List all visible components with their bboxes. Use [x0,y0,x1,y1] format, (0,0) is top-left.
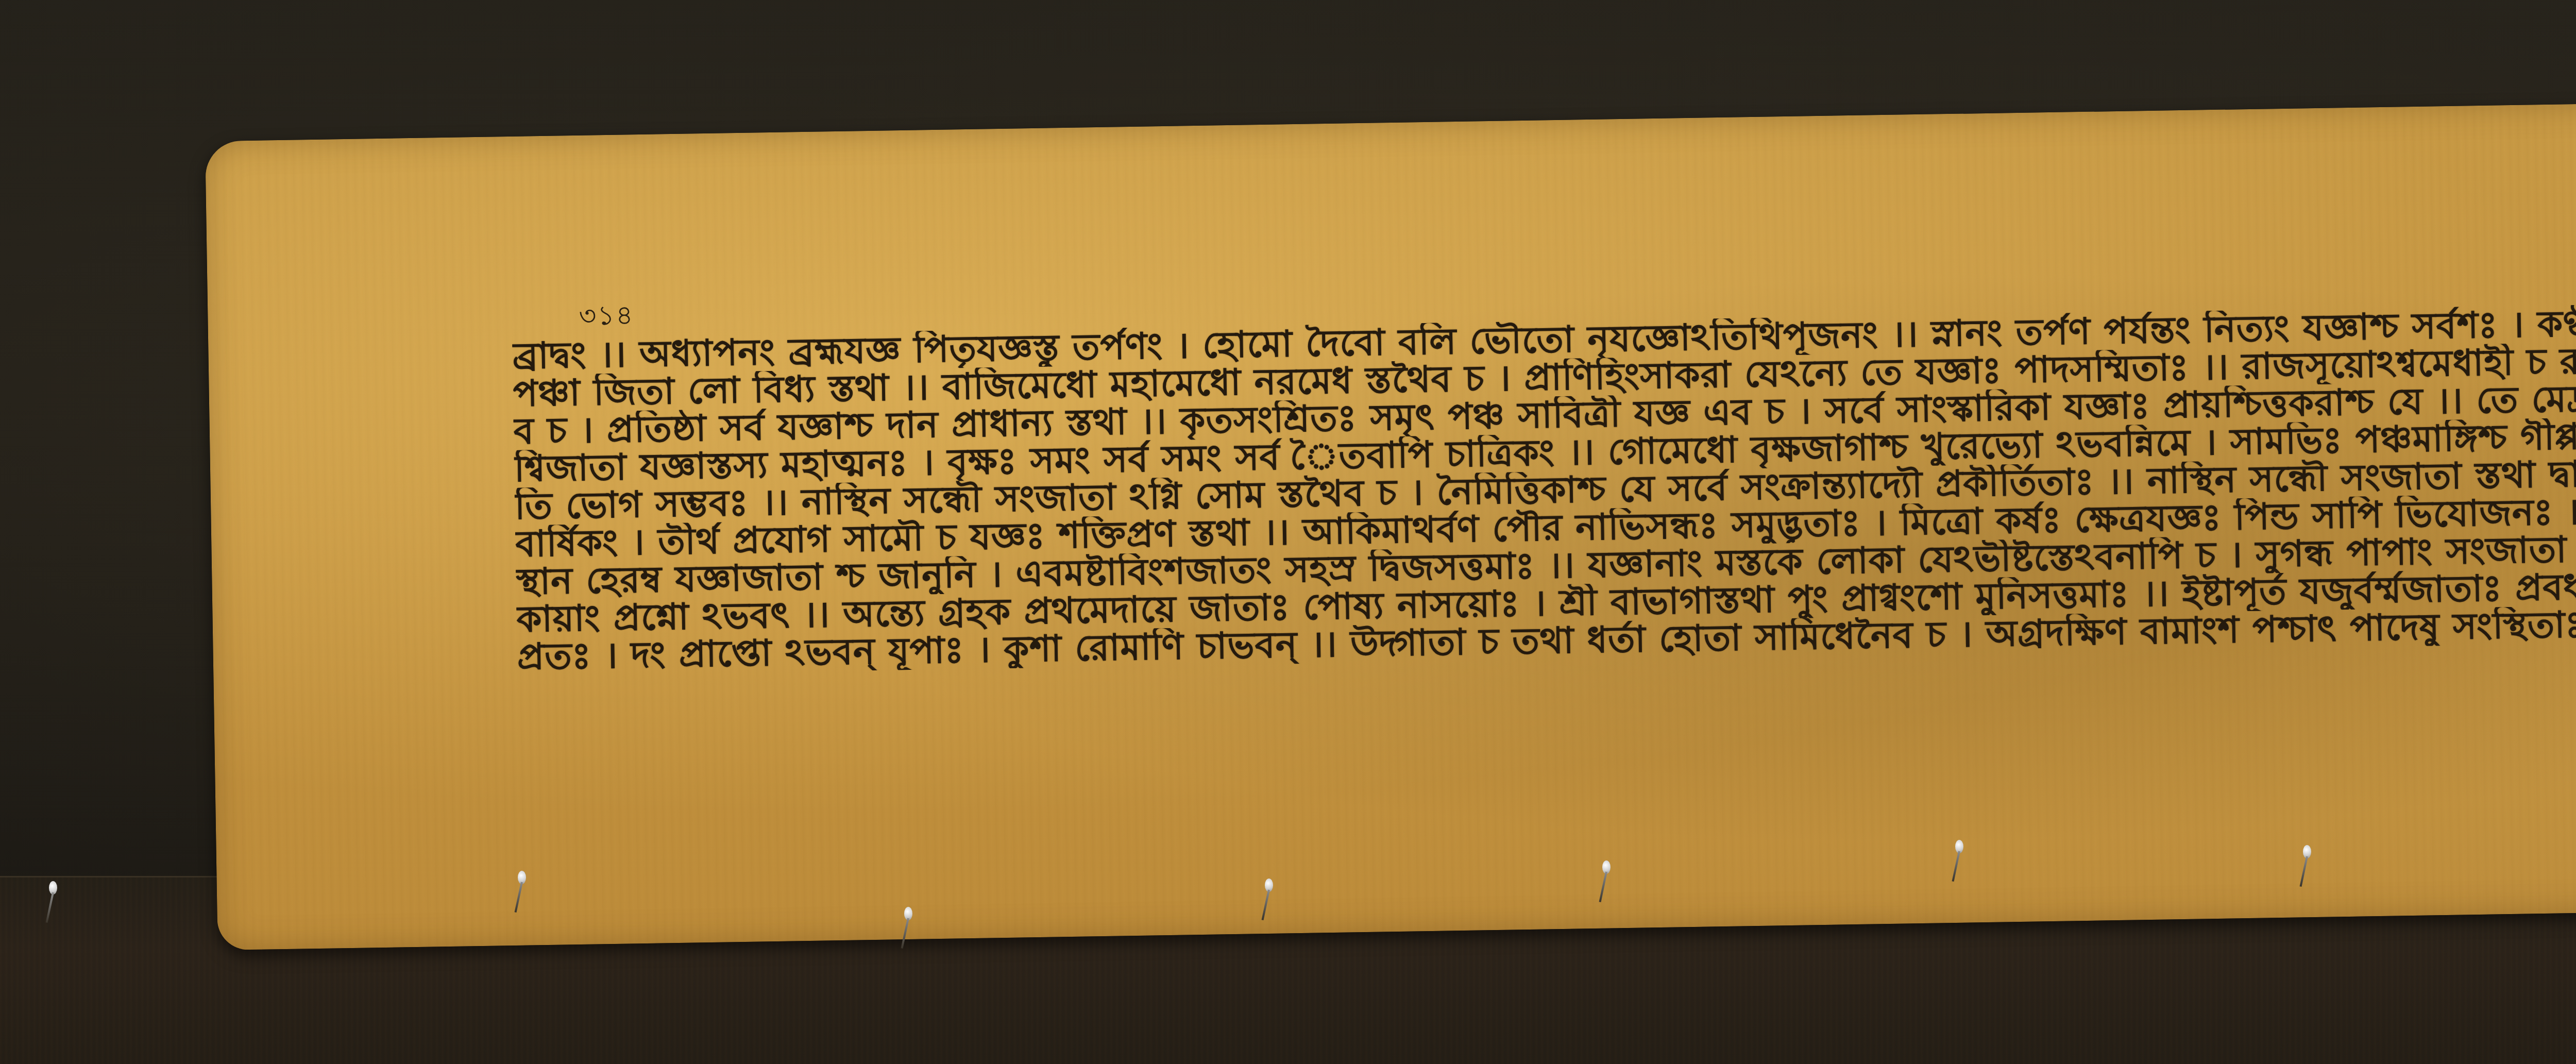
manuscript-text-block: ব্রাদ্বং ।। অধ্যাপনং ব্রহ্মযজ্ঞ পিতৃযজ্ঞ… [512,298,2576,676]
pin-icon [1602,860,1607,907]
photo-scene: ৩১৪ ব্রাদ্বং ।। অধ্যাপনং ব্রহ্মযজ্ঞ পিতৃ… [0,0,2576,1064]
pin-icon [1265,879,1270,925]
folio-number: ৩১৪ [579,294,635,340]
pin-icon [518,871,523,917]
pin-icon [1955,840,1960,886]
pin-icon [904,907,909,953]
pin-icon [2303,845,2308,891]
manuscript-leaf: ৩১৪ ব্রাদ্বং ।। অধ্যাপনং ব্রহ্মযজ্ঞ পিতৃ… [205,96,2576,950]
pin-icon [49,881,54,927]
